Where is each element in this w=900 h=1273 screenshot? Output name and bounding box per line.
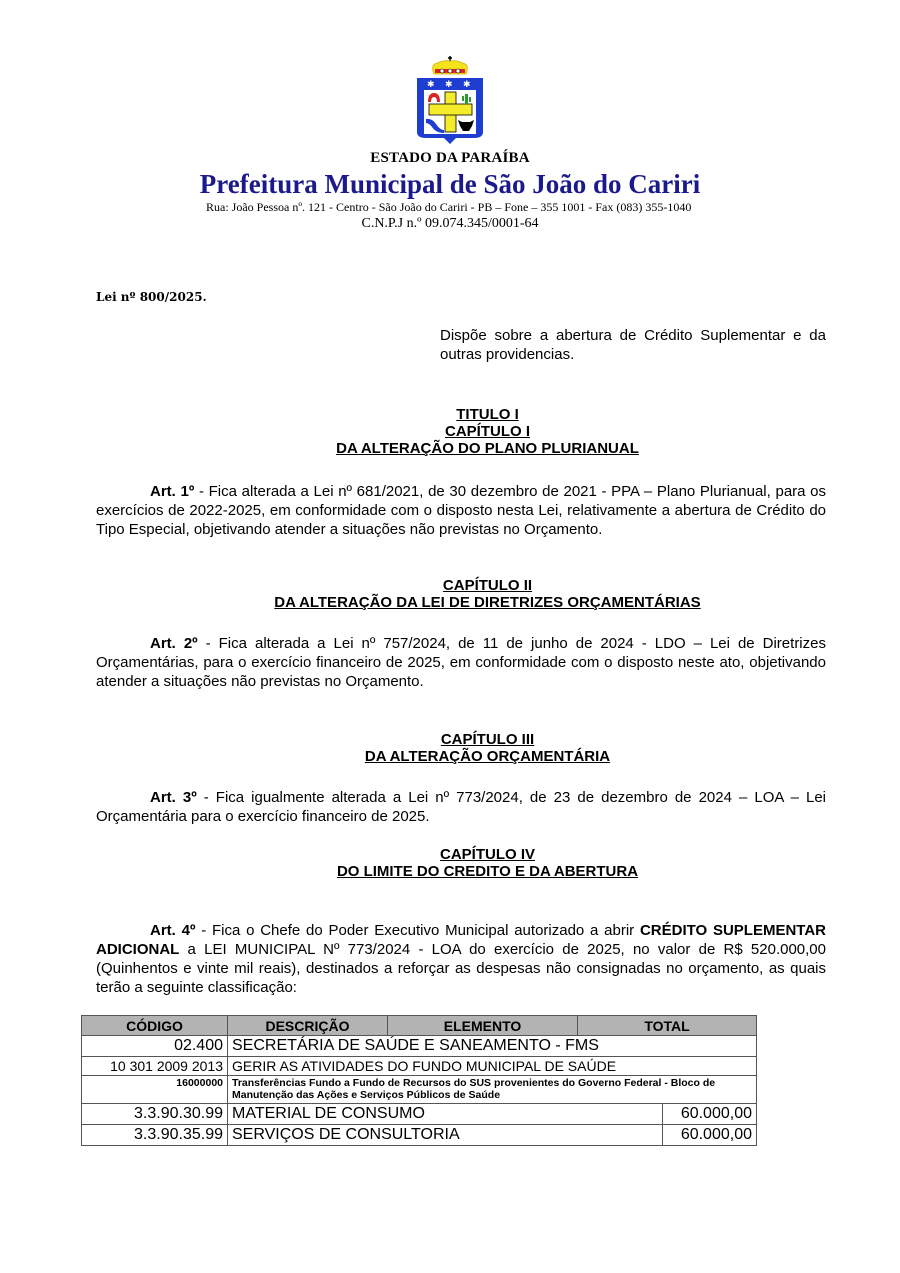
section-heading-2: CAPÍTULO II DA ALTERAÇÃO DA LEI DE DIRET… (80, 577, 895, 611)
article-text-continued: a LEI MUNICIPAL Nº 773/2024 - LOA do exe… (96, 941, 826, 996)
row-code: 3.3.90.30.99 (82, 1104, 228, 1125)
document-page: ✱ ✱ ✱ ESTADO DA PARAÍBA Prefeitura Munic… (0, 0, 900, 1273)
svg-text:✱: ✱ (427, 80, 435, 90)
row-description: Transferências Fundo a Fundo de Recursos… (228, 1076, 757, 1104)
article-4: Art. 4º - Fica o Chefe do Poder Executiv… (96, 921, 826, 997)
title-heading: TITULO I (80, 406, 895, 423)
chapter-subtitle: DA ALTERAÇÃO DA LEI DE DIRETRIZES ORÇAME… (80, 594, 895, 611)
table-row: 10 301 2009 2013 GERIR AS ATIVIDADES DO … (82, 1057, 757, 1076)
svg-text:✱: ✱ (445, 80, 453, 90)
row-description: SECRETÁRIA DE SAÚDE E SANEAMENTO - FMS (228, 1036, 757, 1057)
section-heading-4: CAPÍTULO IV DO LIMITE DO CREDITO E DA AB… (80, 846, 895, 880)
chapter-heading: CAPÍTULO I (80, 423, 895, 440)
article-3: Art. 3º - Fica igualmente alterada a Lei… (96, 788, 826, 826)
article-text: - Fica o Chefe do Poder Executivo Munici… (195, 922, 640, 939)
chapter-heading: CAPÍTULO IV (80, 846, 895, 863)
section-heading-1: TITULO I CAPÍTULO I DA ALTERAÇÃO DO PLAN… (80, 406, 895, 457)
row-description: GERIR AS ATIVIDADES DO FUNDO MUNICIPAL D… (228, 1057, 757, 1076)
row-total: 60.000,00 (663, 1125, 757, 1146)
section-heading-3: CAPÍTULO III DA ALTERAÇÃO ORÇAMENTÁRIA (80, 731, 895, 765)
row-code: 16000000 (82, 1076, 228, 1104)
row-code: 3.3.90.35.99 (82, 1125, 228, 1146)
header-total: TOTAL (578, 1016, 757, 1036)
cnpj-line: C.N.P.J n.º 09.074.345/0001-64 (0, 216, 900, 232)
article-text: - Fica alterada a Lei nº 681/2021, de 30… (96, 483, 826, 538)
row-description: SERVIÇOS DE CONSULTORIA (228, 1125, 663, 1146)
law-number: Lei nº 800/2025. (96, 290, 207, 304)
address-line: Rua: João Pessoa nº. 121 - Centro - São … (206, 200, 691, 215)
table-row: 3.3.90.30.99 MATERIAL DE CONSUMO 60.000,… (82, 1104, 757, 1125)
article-2: Art. 2º - Fica alterada a Lei nº 757/202… (96, 634, 826, 691)
article-text: - Fica alterada a Lei nº 757/2024, de 11… (96, 635, 826, 690)
article-label: Art. 3º (150, 789, 197, 806)
chapter-subtitle: DA ALTERAÇÃO ORÇAMENTÁRIA (80, 748, 895, 765)
svg-text:✱: ✱ (463, 80, 471, 90)
table-row: 3.3.90.35.99 SERVIÇOS DE CONSULTORIA 60.… (82, 1125, 757, 1146)
table-row: 02.400 SECRETÁRIA DE SAÚDE E SANEAMENTO … (82, 1036, 757, 1057)
header-descricao: DESCRIÇÃO (228, 1016, 388, 1036)
table-row: 16000000 Transferências Fundo a Fundo de… (82, 1076, 757, 1104)
row-code: 02.400 (82, 1036, 228, 1057)
row-description: MATERIAL DE CONSUMO (228, 1104, 663, 1125)
header-codigo: CÓDIGO (82, 1016, 228, 1036)
municipal-coat-of-arms-icon: ✱ ✱ ✱ (414, 56, 486, 146)
budget-classification-table: CÓDIGO DESCRIÇÃO ELEMENTO TOTAL 02.400 S… (81, 1015, 757, 1146)
municipality-title: Prefeitura Municipal de São João do Cari… (0, 168, 900, 200)
article-text: - Fica igualmente alterada a Lei nº 773/… (96, 789, 826, 825)
table-header-row: CÓDIGO DESCRIÇÃO ELEMENTO TOTAL (82, 1016, 757, 1036)
header-elemento: ELEMENTO (388, 1016, 578, 1036)
article-label: Art. 1º (150, 483, 194, 500)
article-label: Art. 2º (150, 635, 198, 652)
chapter-subtitle: DA ALTERAÇÃO DO PLANO PLURIANUAL (80, 440, 895, 457)
chapter-heading: CAPÍTULO II (80, 577, 895, 594)
article-1: Art. 1º - Fica alterada a Lei nº 681/202… (96, 482, 826, 539)
row-code: 10 301 2009 2013 (82, 1057, 228, 1076)
article-label: Art. 4º (150, 922, 195, 939)
state-name: ESTADO DA PARAÍBA (0, 150, 900, 167)
chapter-subtitle: DO LIMITE DO CREDITO E DA ABERTURA (80, 863, 895, 880)
law-summary: Dispõe sobre a abertura de Crédito Suple… (440, 326, 826, 364)
row-total: 60.000,00 (663, 1104, 757, 1125)
chapter-heading: CAPÍTULO III (80, 731, 895, 748)
